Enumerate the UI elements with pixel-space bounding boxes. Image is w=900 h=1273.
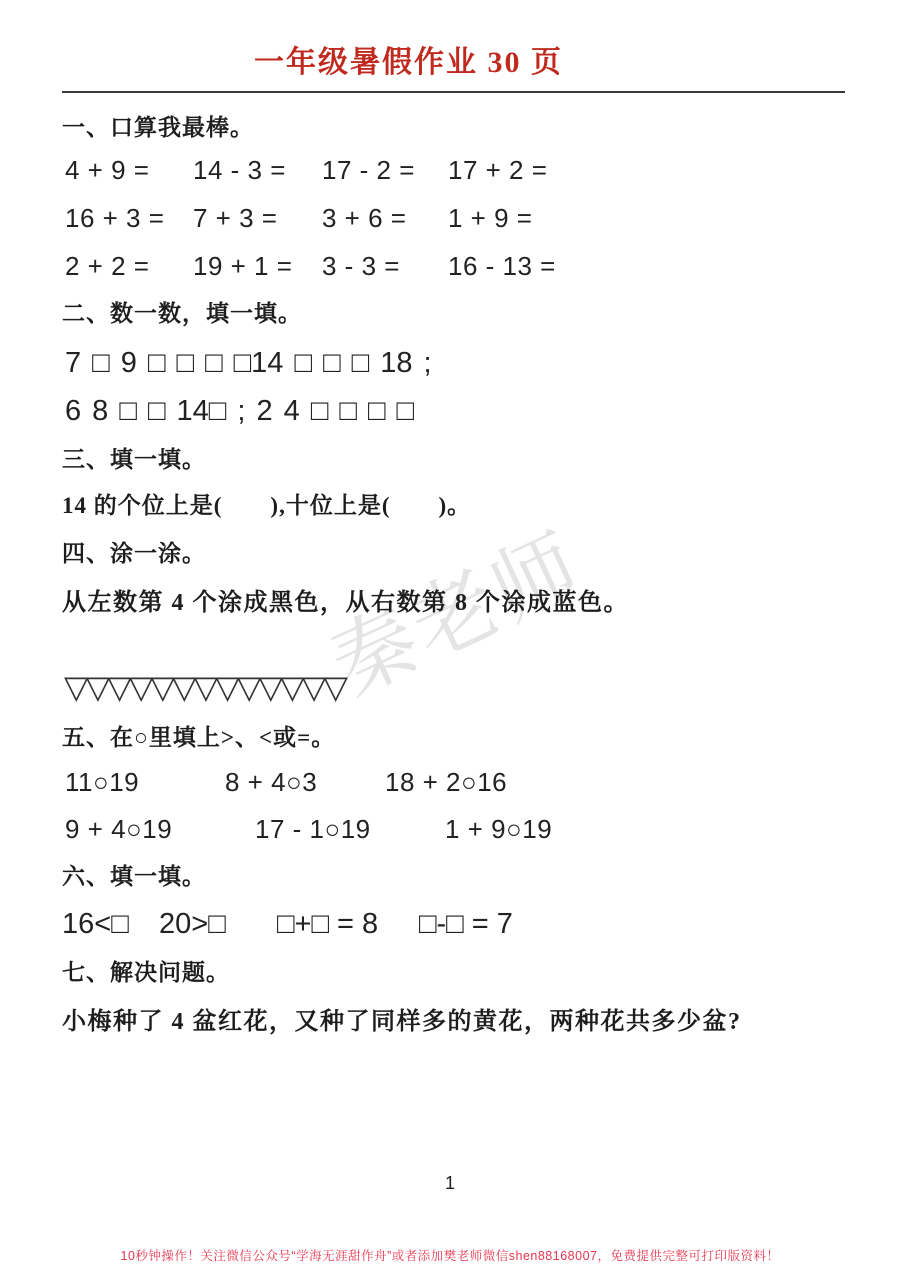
section-3-header: 三、填一填。: [62, 445, 845, 475]
section-7-header: 七、解决问题。: [62, 958, 845, 988]
equation: 1 + 9 =: [448, 203, 845, 233]
comparison: 8 + 4○3: [225, 767, 385, 797]
number-sequence-line: 6 8 □ □ 14□ ; 2 4 □ □ □ □: [62, 393, 845, 429]
comparison: 1 + 9○19: [445, 814, 845, 844]
equation: 7 + 3 =: [193, 203, 322, 233]
comparison-row: 11○19 8 + 4○3 18 + 2○16: [62, 767, 845, 797]
page-title: 一年级暑假作业 30 页: [254, 46, 563, 79]
equation: 2 + 2 =: [65, 251, 193, 281]
comparison: 17 - 1○19: [255, 814, 445, 844]
fill-in-row: 16<□ 20>□ □+□ = 8 □-□ = 7: [62, 906, 845, 942]
equation: 16 - 13 =: [448, 251, 845, 281]
page-header: 一年级暑假作业 30 页: [62, 0, 845, 82]
section-4-header: 四、涂一涂。: [62, 539, 845, 569]
place-value-question: 14 的个位上是( ),十位上是( )。: [62, 491, 845, 521]
equation: 19 + 1 =: [193, 251, 322, 281]
word-problem: 小梅种了 4 盆红花，又种了同样多的黄花，两种花共多少盆?: [62, 1006, 845, 1038]
coloring-instruction: 从左数第 4 个涂成黑色，从右数第 8 个涂成蓝色。: [62, 587, 845, 619]
footer-promo-text: 10秒钟操作！关注微信公众号“学海无涯甜作舟”或者添加樊老师微信shen8816…: [0, 1248, 900, 1264]
equation: 14 - 3 =: [193, 155, 322, 185]
section-5-header: 五、在○里填上>、<或=。: [62, 723, 845, 753]
equation: 17 + 2 =: [448, 155, 845, 185]
equation: 4 + 9 =: [65, 155, 193, 185]
triangle-shapes-row: ▽▽▽▽▽▽▽▽▽▽▽▽▽: [62, 667, 845, 707]
comparison: 9 + 4○19: [65, 814, 255, 844]
comparison: 11○19: [65, 767, 225, 797]
section-1-equations: 4 + 9 = 14 - 3 = 17 - 2 = 17 + 2 = 16 + …: [62, 155, 845, 281]
section-2-header: 二、数一数，填一填。: [62, 299, 845, 329]
equation: 3 + 6 =: [322, 203, 448, 233]
fill-in-item: 20>□: [159, 906, 277, 942]
number-sequence-line: 7 □ 9 □ □ □ □14 □ □ □ 18 ;: [62, 345, 845, 381]
comparison: 18 + 2○16: [385, 767, 845, 797]
section-6-header: 六、填一填。: [62, 862, 845, 892]
header-divider: [62, 91, 845, 93]
equation: 17 - 2 =: [322, 155, 448, 185]
equation: 3 - 3 =: [322, 251, 448, 281]
section-1-header: 一、口算我最棒。: [62, 113, 845, 143]
page-number: 1: [0, 1172, 900, 1194]
comparison-row: 9 + 4○19 17 - 1○19 1 + 9○19: [62, 814, 845, 844]
equation-row: 2 + 2 = 19 + 1 = 3 - 3 = 16 - 13 =: [62, 251, 845, 281]
fill-in-item: 16<□: [62, 906, 159, 942]
equation-row: 4 + 9 = 14 - 3 = 17 - 2 = 17 + 2 =: [62, 155, 845, 185]
fill-in-item: □-□ = 7: [419, 906, 845, 942]
equation-row: 16 + 3 = 7 + 3 = 3 + 6 = 1 + 9 =: [62, 203, 845, 233]
worksheet-page: 一年级暑假作业 30 页 一、口算我最棒。 4 + 9 = 14 - 3 = 1…: [0, 0, 900, 1038]
fill-in-item: □+□ = 8: [277, 906, 419, 942]
equation: 16 + 3 =: [65, 203, 193, 233]
